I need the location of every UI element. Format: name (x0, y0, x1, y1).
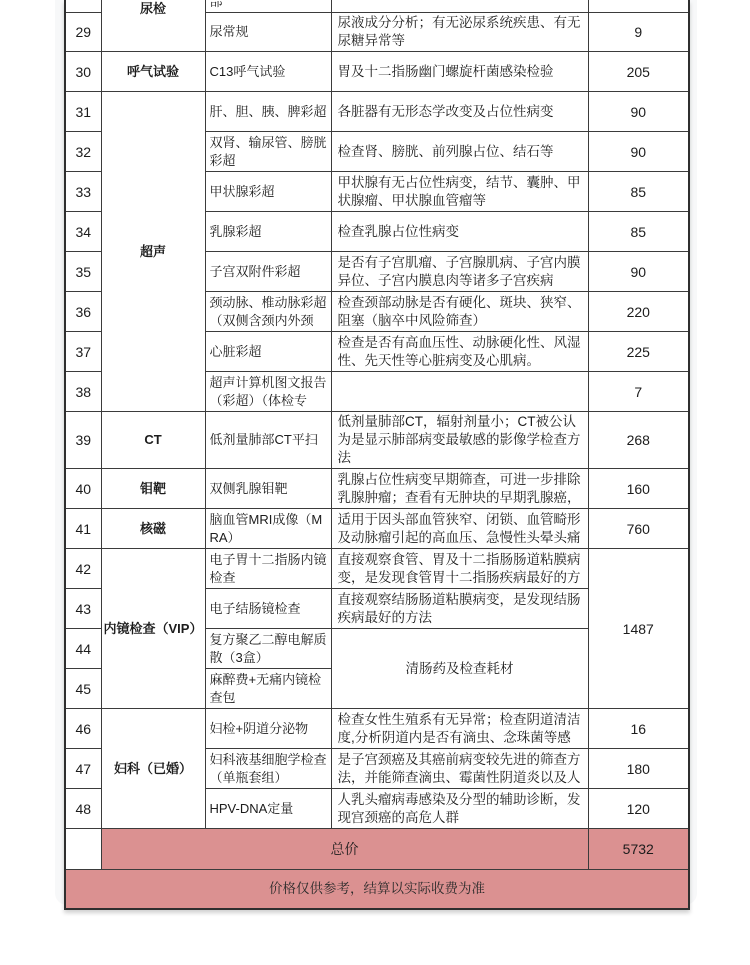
description-cell: 检查是否有高血压性、动脉硬化性、风湿性、先天性等心脏病变及心肌病。 (331, 332, 588, 372)
table-row: 尿检 部 (65, 0, 689, 13)
description-cell: 检查女性生殖系有无异常；检查阴道清洁度,分析阴道内是否有滴虫、念珠菌等感 (331, 709, 588, 749)
row-number-cell: 43 (65, 589, 101, 629)
category-label: 尿检 (103, 0, 204, 18)
total-price-cell: 5732 (588, 829, 689, 870)
description-cell (331, 372, 588, 412)
description-cell: 甲状腺有无占位性病变，结节、囊肿、甲状腺瘤、甲状腺血管瘤等 (331, 172, 588, 212)
row-number-cell: 35 (65, 252, 101, 292)
item-cell: 电子胃十二指肠内镜检查 (205, 549, 331, 589)
item-cell: 电子结肠镜检查 (205, 589, 331, 629)
item-cell: 超声计算机图文报告（彩超）（体检专 (205, 372, 331, 412)
item-cell: 甲状腺彩超 (205, 172, 331, 212)
row-number-cell: 48 (65, 789, 101, 829)
category-cell: CT (101, 412, 205, 469)
row-number-cell: 32 (65, 132, 101, 172)
item-cell: 复方聚乙二醇电解质散（3盒） (205, 629, 331, 669)
description-cell: 各脏器有无形态学改变及占位性病变 (331, 92, 588, 132)
description-cell: 检查颈部动脉是否有硬化、斑块、狭窄、阻塞（脑卒中风险筛查） (331, 292, 588, 332)
row-number-cell: 30 (65, 52, 101, 92)
description-cell: 清肠药及检查耗材 (331, 629, 588, 709)
table-row: 40 钼靶 双侧乳腺钼靶 乳腺占位性病变早期筛查，可进一步排除乳腺肿瘤；查看有无… (65, 469, 689, 509)
row-number-cell: 34 (65, 212, 101, 252)
total-row: 总价 5732 (65, 829, 689, 870)
table-row: 31 超声 肝、胆、胰、脾彩超 各脏器有无形态学改变及占位性病变 90 (65, 92, 689, 132)
row-number-cell (65, 0, 101, 13)
row-number-cell: 44 (65, 629, 101, 669)
price-cell: 1487 (588, 549, 689, 709)
description-cell: 乳腺占位性病变早期筛查，可进一步排除乳腺肿瘤；查看有无肿块的早期乳腺癌， (331, 469, 588, 509)
disclaimer-row: 价格仅供参考，结算以实际收费为准 (65, 870, 689, 909)
description-cell: 直接观察结肠肠道粘膜病变，是发现结肠疾病最好的方法 (331, 589, 588, 629)
category-cell: 妇科（已婚） (101, 709, 205, 829)
item-cell: 尿常规 (205, 13, 331, 52)
row-number-cell: 29 (65, 13, 101, 52)
category-cell: 钼靶 (101, 469, 205, 509)
item-cell: 肝、胆、胰、脾彩超 (205, 92, 331, 132)
table-row: 30 呼气试验 C13呼气试验 胃及十二指肠幽门螺旋杆菌感染检验 205 (65, 52, 689, 92)
description-cell: 人乳头瘤病毒感染及分型的辅助诊断，发现宫颈癌的高危人群 (331, 789, 588, 829)
item-cell: 妇科液基细胞学检查（单瓶套组） (205, 749, 331, 789)
price-cell: 225 (588, 332, 689, 372)
price-cell: 85 (588, 212, 689, 252)
item-cell: HPV-DNA定量 (205, 789, 331, 829)
table-row: 41 核磁 脑血管MRI成像（MRA） 适用于因头部血管狭窄、闭锁、血管畸形及动… (65, 509, 689, 549)
item-cell: 低剂量肺部CT平扫 (205, 412, 331, 469)
row-number-cell: 31 (65, 92, 101, 132)
row-number-cell: 39 (65, 412, 101, 469)
description-cell: 适用于因头部血管狭窄、闭锁、血管畸形及动脉瘤引起的高血压、急慢性头晕头痛 (331, 509, 588, 549)
price-cell (588, 0, 689, 13)
row-number-cell (65, 829, 101, 870)
row-number-cell: 45 (65, 669, 101, 709)
price-cell: 760 (588, 509, 689, 549)
description-cell: 检查乳腺占位性病变 (331, 212, 588, 252)
item-cell: 部 (205, 0, 331, 13)
category-cell: 呼气试验 (101, 52, 205, 92)
disclaimer-cell: 价格仅供参考，结算以实际收费为准 (65, 870, 689, 909)
item-cell: 子宫双附件彩超 (205, 252, 331, 292)
price-cell: 180 (588, 749, 689, 789)
item-cell: 颈动脉、椎动脉彩超（双侧含颈内外颈 (205, 292, 331, 332)
item-cell: 乳腺彩超 (205, 212, 331, 252)
category-cell: 尿检 (101, 0, 205, 52)
price-cell: 90 (588, 252, 689, 292)
description-cell (331, 0, 588, 13)
price-cell: 220 (588, 292, 689, 332)
item-cell: 脑血管MRI成像（MRA） (205, 509, 331, 549)
description-cell: 直接观察食管、胃及十二指肠肠道粘膜病变，是发现食管胃十二指肠疾病最好的方 (331, 549, 588, 589)
price-cell: 120 (588, 789, 689, 829)
price-cell: 85 (588, 172, 689, 212)
item-cell: 双侧乳腺钼靶 (205, 469, 331, 509)
table-row: 39 CT 低剂量肺部CT平扫 低剂量肺部CT，辐射剂量小；CT被公认为是显示肺… (65, 412, 689, 469)
price-cell: 205 (588, 52, 689, 92)
row-number-cell: 46 (65, 709, 101, 749)
row-number-cell: 38 (65, 372, 101, 412)
row-number-cell: 47 (65, 749, 101, 789)
row-number-cell: 33 (65, 172, 101, 212)
item-cell: C13呼气试验 (205, 52, 331, 92)
price-cell: 9 (588, 13, 689, 52)
description-cell: 检查肾、膀胱、前列腺占位、结石等 (331, 132, 588, 172)
item-cell: 心脏彩超 (205, 332, 331, 372)
price-cell: 7 (588, 372, 689, 412)
row-number-cell: 37 (65, 332, 101, 372)
description-cell: 是子宫颈癌及其癌前病变较先进的筛查方法，并能筛查滴虫、霉菌性阴道炎以及人 (331, 749, 588, 789)
category-cell: 内镜检查（VIP） (101, 549, 205, 709)
table-row: 46 妇科（已婚） 妇检+阴道分泌物 检查女性生殖系有无异常；检查阴道清洁度,分… (65, 709, 689, 749)
price-cell: 160 (588, 469, 689, 509)
price-cell: 90 (588, 132, 689, 172)
category-cell: 超声 (101, 92, 205, 412)
item-cell: 双肾、输尿管、膀胱彩超 (205, 132, 331, 172)
table-row: 42 内镜检查（VIP） 电子胃十二指肠内镜检查 直接观察食管、胃及十二指肠肠道… (65, 549, 689, 589)
item-cell: 麻醉费+无痛内镜检查包 (205, 669, 331, 709)
price-cell: 90 (588, 92, 689, 132)
row-number-cell: 42 (65, 549, 101, 589)
row-number-cell: 40 (65, 469, 101, 509)
description-cell: 是否有子宫肌瘤、子宫腺肌病、子宫内膜异位、子宫内膜息肉等诸多子宫疾病 (331, 252, 588, 292)
price-cell: 268 (588, 412, 689, 469)
total-label-cell: 总价 (101, 829, 588, 870)
row-number-cell: 41 (65, 509, 101, 549)
item-cell: 妇检+阴道分泌物 (205, 709, 331, 749)
clipped-item-text: 部 (210, 1, 327, 11)
description-cell: 胃及十二指肠幽门螺旋杆菌感染检验 (331, 52, 588, 92)
category-cell: 核磁 (101, 509, 205, 549)
exam-price-table: 尿检 部 29 尿常规 尿液成分分析；有无泌尿系统疾患、有无尿糖异常等 9 30… (64, 0, 690, 910)
price-cell: 16 (588, 709, 689, 749)
row-number-cell: 36 (65, 292, 101, 332)
description-cell: 低剂量肺部CT，辐射剂量小；CT被公认为是显示肺部病变最敏感的影像学检查方法 (331, 412, 588, 469)
description-cell: 尿液成分分析；有无泌尿系统疾患、有无尿糖异常等 (331, 13, 588, 52)
